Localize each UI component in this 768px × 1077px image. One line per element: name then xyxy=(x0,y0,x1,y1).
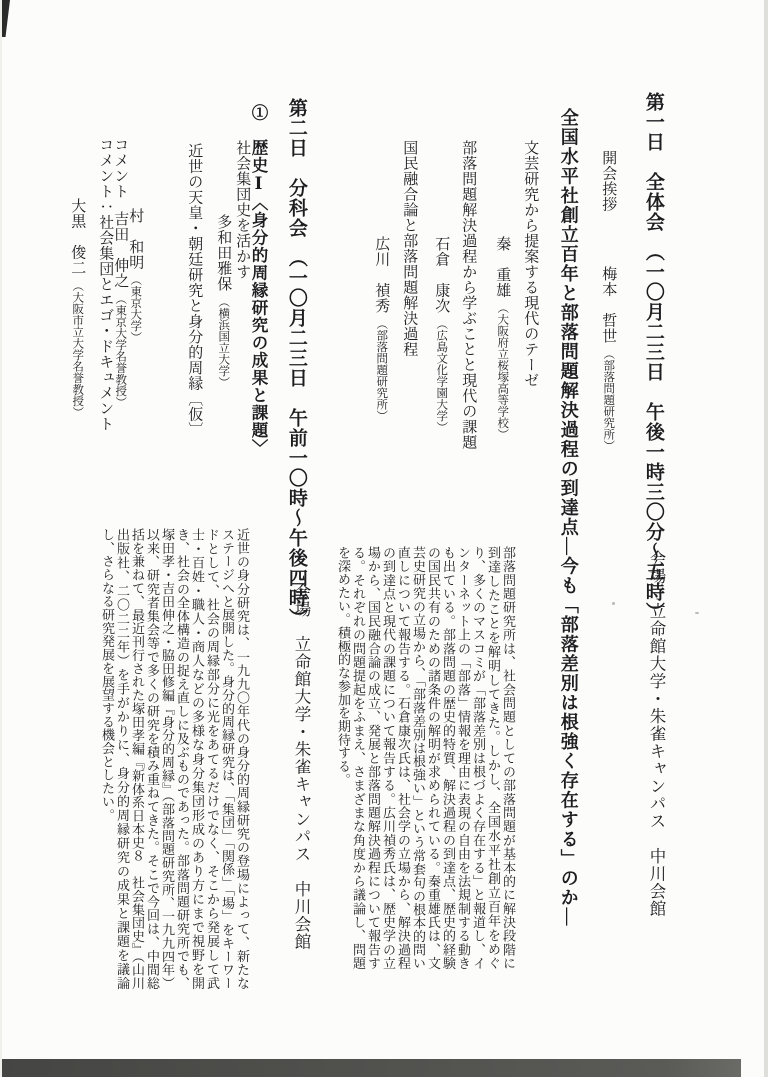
presentation-title: 社会集団史を活かす xyxy=(233,140,250,280)
speaker-affiliation: （大阪府立桜塚高等学校） xyxy=(496,302,508,440)
scan-edge-left xyxy=(0,0,2,1077)
speaker-name: 多和田雅保 xyxy=(215,214,231,292)
speaker-affiliation: （横浜国立大学） xyxy=(217,296,229,388)
presentation-speaker: 広川 禎秀（部落問題研究所） xyxy=(372,236,389,421)
opening-affiliation: （部落問題研究所） xyxy=(602,348,614,452)
presentation-title: 部落問題解決過程から学ぶことと現代の課題 xyxy=(459,140,476,450)
scan-speck xyxy=(612,602,615,605)
speaker-name: 吉田 伸之 xyxy=(112,211,128,289)
scan-speck xyxy=(695,612,699,614)
presentation-speaker: 大黒 俊二（大阪市立大学名誉教授） xyxy=(68,198,85,418)
presentation-title: コメント：社会集団とエゴ・ドキュメント xyxy=(96,137,113,432)
speaker-affiliation: （東京大学名誉教授） xyxy=(114,293,126,408)
presentation-title: 国民融合論と部落問題解決過程 xyxy=(400,140,417,357)
speaker-name: 秦 重雄 xyxy=(494,236,510,298)
speaker-name: 村 和明 xyxy=(127,208,143,270)
scan-bottom-bar xyxy=(0,1059,741,1077)
presentation-speaker: 多和田雅保（横浜国立大学） xyxy=(214,214,231,388)
day2-title: 第二日 分科会 xyxy=(286,98,307,238)
speaker-affiliation: （東京大学） xyxy=(129,274,141,343)
day2-venue: 会場 立命館大学・朱雀キャンパス 中川会館 xyxy=(291,583,310,951)
speaker-affiliation: （広島文化学園大学） xyxy=(435,318,447,433)
day1-session-title: 全国水平社創立百年と部落問題解決過程の到達点―今も「部落差別は根強く存在する」の… xyxy=(558,108,579,927)
presentation-title: 近世の天皇・朝廷研究と身分的周縁〔仮〕 xyxy=(185,143,202,438)
presentation-speaker: 秦 重雄（大阪府立桜塚高等学校） xyxy=(493,236,510,440)
speaker-name: 大黒 俊二 xyxy=(69,198,85,276)
scanned-program-page: 第一日 全体会（一〇月二三日 午後一時三〇分〜五時） 会場 立命館大学・朱雀キャ… xyxy=(0,0,768,1077)
speaker-affiliation: （大阪市立大学名誉教授） xyxy=(71,280,83,418)
speaker-affiliation: （部落問題研究所） xyxy=(375,318,387,422)
comment-line: コメント吉田 伸之（東京大学名誉教授） xyxy=(111,137,128,408)
day1-abstract: 部落問題研究所は、社会問題としての部落問題が基本的に解決段階に到達したことを解明… xyxy=(348,546,516,970)
day1-venue: 会場 立命館大学・朱雀キャンパス 中川会館 xyxy=(646,550,665,918)
section-heading: ① 歴史Ⅰ〈身分的周縁研究の成果と課題〉 xyxy=(248,104,267,457)
speaker-name: 広川 禎秀 xyxy=(373,236,389,314)
day2-heading: 第二日 分科会（一〇月二三日 午前一〇時〜午後四時） xyxy=(285,98,307,628)
day2-abstract: 近世の身分研究は、一九九〇年代の身分的周縁研究の登場によって、新たなステージへと… xyxy=(82,528,250,990)
day1-heading: 第一日 全体会（一〇月二三日 午後一時三〇分〜五時） xyxy=(642,92,664,622)
day1-opening-line: 開会挨拶梅本 哲世（部落問題研究所） xyxy=(599,150,616,451)
speaker-name: 石倉 康次 xyxy=(433,236,449,314)
presentation-speaker: 石倉 康次（広島文化学園大学） xyxy=(432,236,449,433)
comment-label: コメント xyxy=(112,137,128,199)
day1-title: 第一日 全体会 xyxy=(643,92,664,232)
presentation-title: 文芸研究から提案する現代のテーゼ xyxy=(521,140,538,388)
scan-edge-right xyxy=(764,0,768,1077)
opening-label: 開会挨拶 xyxy=(600,150,616,212)
presentation-speaker: 村 和明（東京大学） xyxy=(126,208,143,343)
opening-name: 梅本 哲世 xyxy=(600,266,616,344)
day2-schedule: （一〇月二三日 午前一〇時〜午後四時） xyxy=(286,248,307,628)
